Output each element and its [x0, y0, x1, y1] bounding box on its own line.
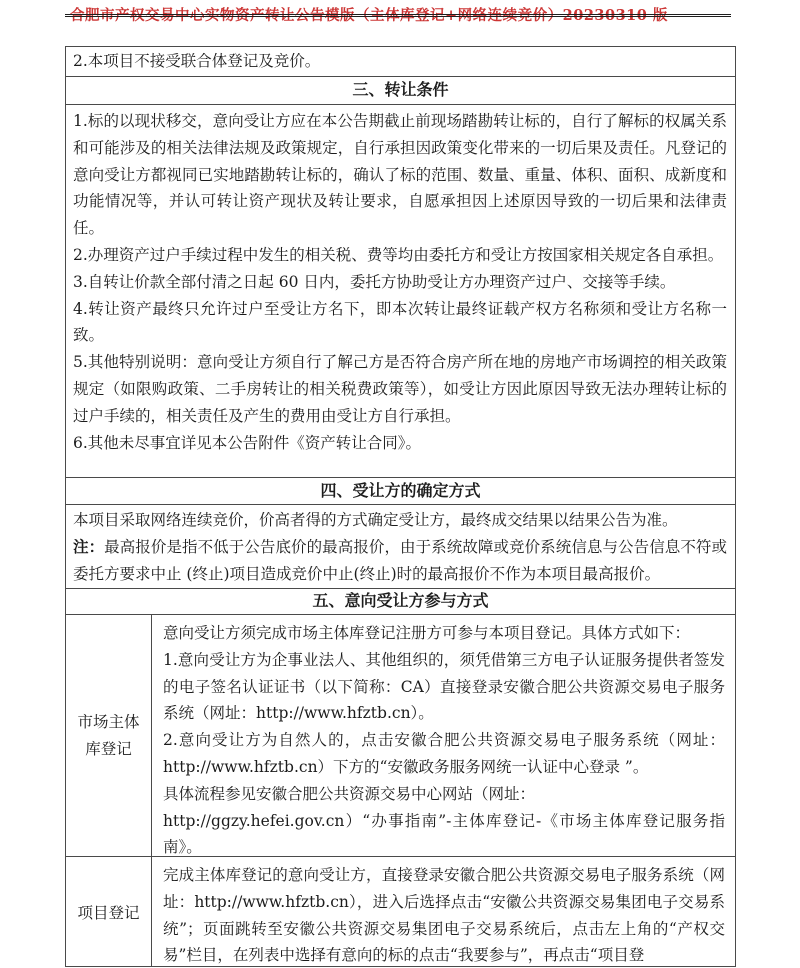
market-registry-row: 市场主体 库登记 意向受让方须完成市场主体库登记注册方可参与本项目登记。具体方式… [66, 614, 735, 856]
transfer-conditions-cell: 1.标的以现状移交，意向受让方应在本公告期截止前现场踏勘转让标的，自行了解标的权… [66, 104, 735, 477]
section-four-header: 四、受让方的确定方式 [66, 477, 735, 504]
announcement-table: 2.本项目不接受联合体登记及竞价。 三、转让条件 1.标的以现状移交，意向受让方… [65, 46, 736, 967]
market-registry-content: 意向受让方须完成市场主体库登记注册方可参与本项目登记。具体方式如下： 1.意向受… [152, 615, 735, 856]
no-consortium-text: 2.本项目不接受联合体登记及竞价。 [73, 48, 320, 75]
determination-text: 本项目采取网络连续竞价，价高者得的方式确定受让方，最终成交结果以结果公告为准。 [73, 507, 727, 534]
project-registration-row: 项目登记 完成主体库登记的意向受让方，直接登录安徽合肥公共资源交易电子服务系统（… [66, 856, 735, 967]
section-five-title: 五、意向受让方参与方式 [312, 588, 488, 614]
project-registration-paragraph-1: 完成主体库登记的意向受让方，直接登录安徽合肥公共资源交易电子服务系统（网址：ht… [163, 862, 725, 967]
section-five-header: 五、意向受让方参与方式 [66, 588, 735, 614]
market-registry-label: 市场主体 库登记 [66, 615, 152, 856]
condition-item-6: 6.其他未尽事宜详见本公告附件《资产转让合同》。 [73, 430, 727, 457]
condition-item-4: 4.转让资产最终只允许过户至受让方名下，即本次转让最终证载产权方名称须和受让方名… [73, 296, 727, 350]
note-label: 注： [73, 537, 104, 556]
market-registry-paragraph-2: 1.意向受让方为企事业法人、其他组织的，须凭借第三方电子认证服务提供者签发的电子… [163, 647, 725, 727]
determination-note: 注：最高报价是指不低于公告底价的最高报价，由于系统故障或竞价系统信息与公告信息不… [73, 534, 727, 588]
section-three-header: 三、转让条件 [66, 76, 735, 104]
project-registration-label: 项目登记 [66, 857, 152, 967]
condition-item-3: 3.自转让价款全部付清之日起 60 日内，委托方协助受让方办理资产过户、交接等手… [73, 269, 727, 296]
project-registration-content: 完成主体库登记的意向受让方，直接登录安徽合肥公共资源交易电子服务系统（网址：ht… [152, 857, 735, 967]
row-no-consortium: 2.本项目不接受联合体登记及竞价。 [66, 47, 735, 76]
condition-item-1: 1.标的以现状移交，意向受让方应在本公告期截止前现场踏勘转让标的，自行了解标的权… [73, 108, 727, 242]
header-divider [65, 14, 731, 17]
condition-item-2: 2.办理资产过户手续过程中发生的相关税、费等均由委托方和受让方按国家相关规定各自… [73, 242, 727, 269]
market-registry-paragraph-4: 具体流程参见安徽合肥公共资源交易中心网站（网址： http://ggzy.hef… [163, 781, 725, 856]
market-registry-paragraph-1: 意向受让方须完成市场主体库登记注册方可参与本项目登记。具体方式如下： [163, 620, 725, 647]
note-body: 最高报价是指不低于公告底价的最高报价，由于系统故障或竞价系统信息与公告信息不符或… [73, 538, 727, 583]
section-four-title: 四、受让方的确定方式 [320, 478, 480, 504]
determination-cell: 本项目采取网络连续竞价，价高者得的方式确定受让方，最终成交结果以结果公告为准。 … [66, 504, 735, 588]
condition-item-5: 5.其他特别说明：意向受让方须自行了解己方是否符合房产所在地的房地产市场调控的相… [73, 349, 727, 429]
section-three-title: 三、转让条件 [352, 77, 448, 104]
market-registry-paragraph-3: 2.意向受让方为自然人的，点击安徽合肥公共资源交易电子服务系统（网址：http:… [163, 727, 725, 781]
document-page: 合肥市产权交易中心实物资产转让公告模版（主体库登记+网络连续竞价）2023031… [0, 0, 800, 968]
